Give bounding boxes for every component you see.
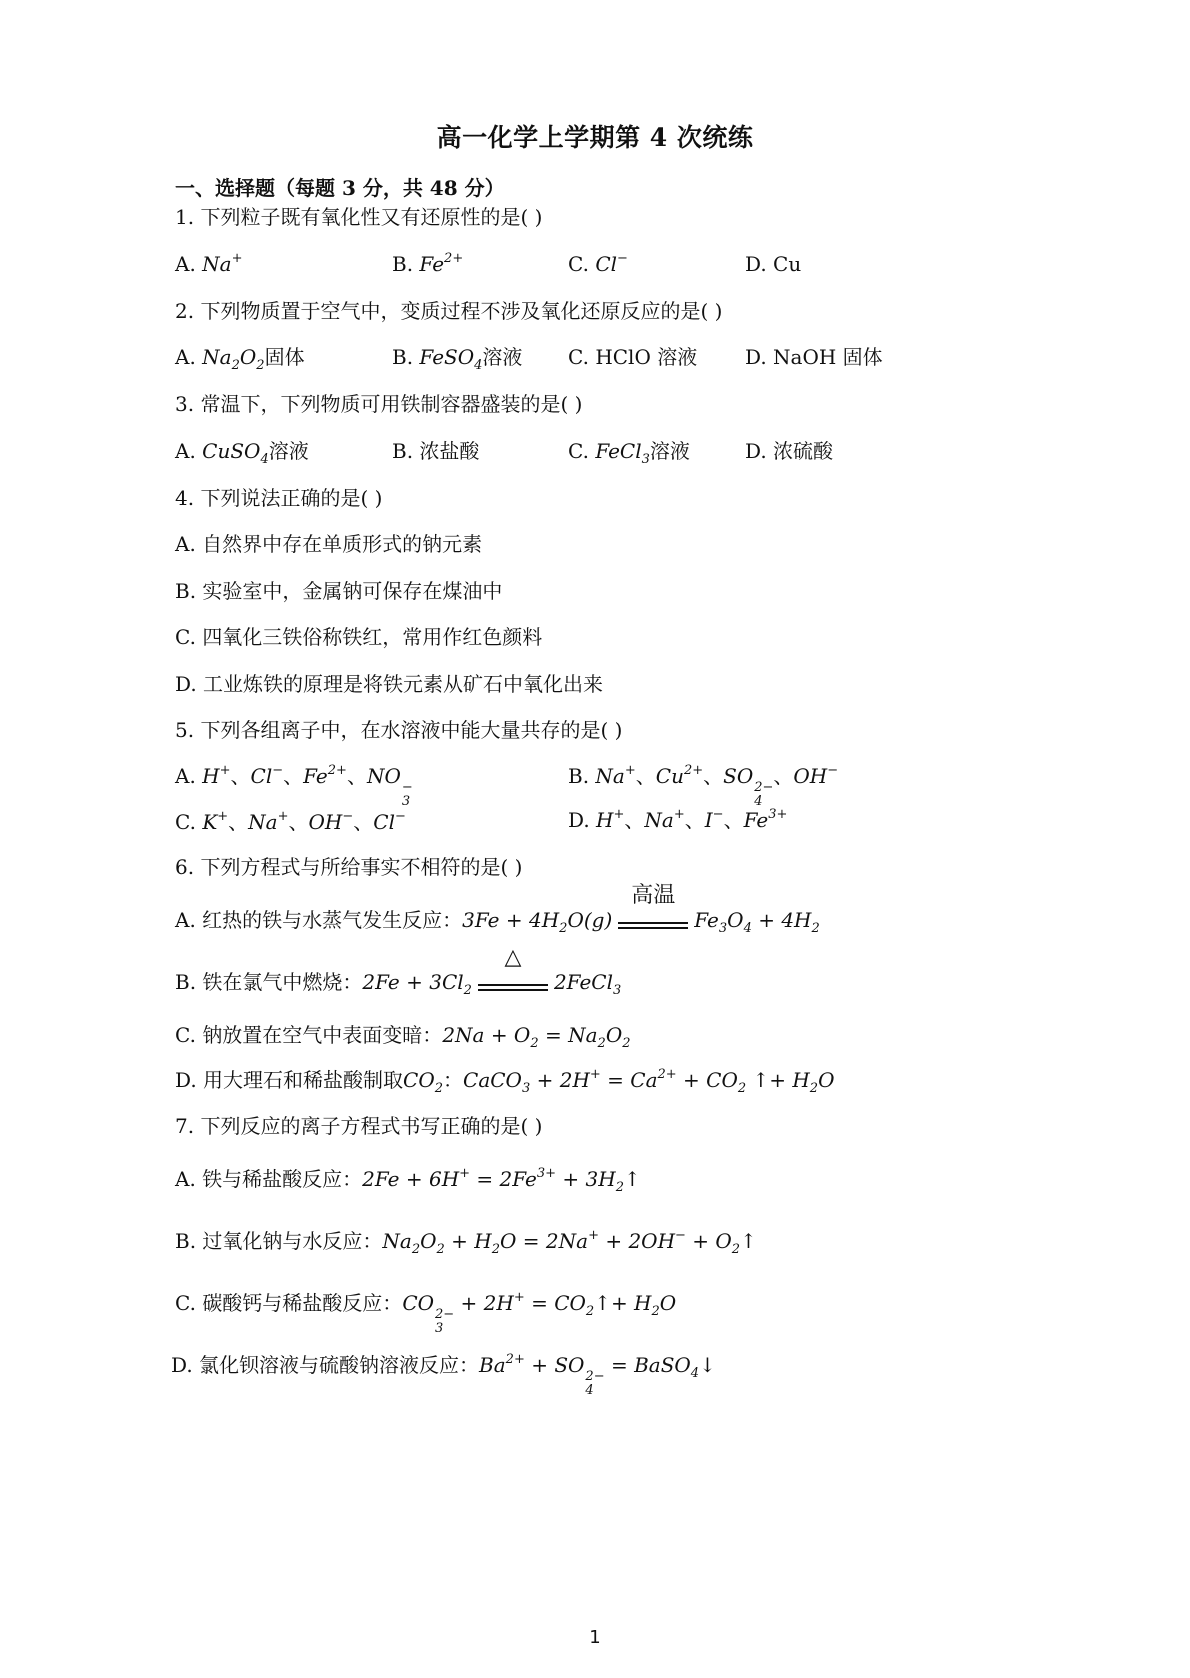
superscript: + <box>588 1228 599 1243</box>
option-text: 用大理石和稀盐酸制取 <box>203 1068 403 1092</box>
formula-text: Cl <box>373 810 395 834</box>
question-3-stem: 3. 常温下，下列物质可用铁制容器盛装的是( ) <box>175 390 582 418</box>
question-2-option-c[interactable]: C. HClO 溶液 <box>568 343 697 371</box>
formula-text: O <box>727 908 743 932</box>
sub-superscript: 2−4 <box>754 781 773 809</box>
formula-text: Na <box>595 764 624 788</box>
formula-text: O <box>240 345 256 369</box>
sub-superscript: 2−3 <box>435 1308 454 1336</box>
section-header-multiple-choice: 一、选择题（每题 3 分，共 48 分） <box>175 172 505 201</box>
option-label: C. <box>568 439 595 463</box>
formula-text: FeSO <box>419 345 474 369</box>
superscript: 3+ <box>537 1166 556 1181</box>
subscript: 2 <box>586 1304 594 1319</box>
option-text: 红热的铁与水蒸气发生反应： <box>202 908 462 932</box>
option-text: 溶液 <box>482 345 522 369</box>
formula-text: SO <box>723 764 753 788</box>
formula-text: = CO <box>525 1291 586 1315</box>
superscript: + <box>674 807 685 822</box>
option-text: 固体 <box>265 345 305 369</box>
option-text: 四氧化三铁俗称铁红，常用作红色颜料 <box>202 625 542 649</box>
superscript: + <box>590 1067 601 1082</box>
subscript: 2 <box>530 1036 538 1051</box>
formula-text: Cl <box>595 252 617 276</box>
formula-text: 2Na + O <box>442 1023 530 1047</box>
subscript: 3 <box>719 921 727 936</box>
document-title: 高一化学上学期第 4 次统练 <box>0 118 1190 154</box>
superscript: − <box>342 809 353 824</box>
subscript: 3 <box>522 1081 530 1096</box>
option-label: A. <box>175 764 202 788</box>
superscript: + <box>625 763 636 778</box>
superscript: + <box>217 809 228 824</box>
option-text: 铁与稀盐酸反应： <box>202 1167 362 1191</box>
subscript: 2 <box>232 358 240 373</box>
question-3-option-a[interactable]: A. CuSO4溶液 <box>175 437 309 465</box>
sub-superscript: 2−4 <box>585 1370 604 1398</box>
question-7-option-d[interactable]: D. 氯化钡溶液与硫酸钠溶液反应：Ba2+ + SO2−4 = BaSO4↓ <box>171 1351 716 1398</box>
option-text: Cu <box>773 252 801 276</box>
option-text: 、 <box>289 810 309 834</box>
question-5-option-a[interactable]: A. H+、Cl−、Fe2+、NO−3 <box>175 762 413 809</box>
option-text: 溶液 <box>650 439 690 463</box>
formula-text: Fe <box>694 908 719 932</box>
question-3-option-d[interactable]: D. 浓硫酸 <box>745 437 833 465</box>
option-label: D. <box>745 345 773 369</box>
question-1-option-b[interactable]: B. Fe2+ <box>392 250 463 278</box>
option-label: C. <box>175 810 202 834</box>
subscript: 2 <box>616 1180 624 1195</box>
option-text: 、 <box>685 808 705 832</box>
subscript: 2 <box>464 983 472 998</box>
reaction-condition-arrow: 高温 <box>618 908 688 936</box>
subscript: 2 <box>437 1242 445 1257</box>
formula-text: O(g) <box>567 908 612 932</box>
formula-text: ↑+ H <box>594 1291 651 1315</box>
subscript: 3 <box>642 452 650 467</box>
superscript: 2+ <box>684 763 703 778</box>
option-text: 、 <box>228 810 248 834</box>
formula-text: CaCO <box>463 1068 522 1092</box>
option-label: C. <box>175 1023 202 1047</box>
question-7-option-b[interactable]: B. 过氧化钠与水反应：Na2O2 + H2O = 2Na+ + 2OH− + … <box>175 1227 757 1255</box>
option-label: A. <box>175 345 202 369</box>
superscript: + <box>459 1166 470 1181</box>
subscript: 3 <box>613 983 621 998</box>
sub-superscript: −3 <box>402 781 413 809</box>
question-2-option-d[interactable]: D. NaOH 固体 <box>745 343 883 371</box>
superscript: + <box>232 251 243 266</box>
formula-text: NO <box>367 764 401 788</box>
superscript: 2+ <box>328 763 347 778</box>
subscript: 2 <box>492 1242 500 1257</box>
subscript: 4 <box>744 921 752 936</box>
formula-text: = 2Fe <box>470 1167 537 1191</box>
option-text: 、 <box>724 808 744 832</box>
formula-text: + 4H <box>752 908 812 932</box>
option-text: 浓硫酸 <box>773 439 833 463</box>
question-4-option-c[interactable]: C. 四氧化三铁俗称铁红，常用作红色颜料 <box>175 623 542 651</box>
reaction-condition-arrow: △ <box>478 970 548 998</box>
formula-text: CO <box>402 1291 434 1315</box>
superscript: − <box>617 251 628 266</box>
formula-text: + H <box>445 1229 492 1253</box>
formula-text: + 3H <box>556 1167 616 1191</box>
superscript: − <box>827 763 838 778</box>
question-3-option-c[interactable]: C. FeCl3溶液 <box>568 437 690 465</box>
reaction-condition-label: 高温 <box>618 882 688 910</box>
formula-text: Fe <box>419 252 444 276</box>
option-label: B. <box>175 970 202 994</box>
formula-text: Na <box>644 808 673 832</box>
question-4-option-b[interactable]: B. 实验室中，金属钠可保存在煤油中 <box>175 577 502 605</box>
option-text: 过氧化钠与水反应： <box>202 1229 382 1253</box>
option-text: 、 <box>347 764 367 788</box>
formula-text: O <box>606 1023 622 1047</box>
question-6-option-c[interactable]: C. 钠放置在空气中表面变暗：2Na + O2 = Na2O2 <box>175 1021 631 1049</box>
superscript: − <box>395 809 406 824</box>
option-label: D. <box>175 1068 203 1092</box>
formula-text: CuSO <box>202 439 260 463</box>
option-text: 、 <box>703 764 723 788</box>
question-2-stem: 2. 下列物质置于空气中，变质过程不涉及氧化还原反应的是( ) <box>175 297 722 325</box>
formula-text: FeCl <box>595 439 641 463</box>
formula-text: O = 2Na <box>500 1229 588 1253</box>
formula-text: Cl <box>251 764 273 788</box>
subscript: 2 <box>738 1081 746 1096</box>
superscript: + <box>514 1290 525 1305</box>
subscript: 4 <box>260 452 268 467</box>
formula-text: Ba <box>479 1353 506 1377</box>
option-label: A. <box>175 252 202 276</box>
subscript: 2 <box>435 1081 443 1096</box>
question-6-stem: 6. 下列方程式与所给事实不相符的是( ) <box>175 853 522 881</box>
option-label: B. <box>568 764 595 788</box>
option-text: NaOH 固体 <box>773 345 883 369</box>
question-7-stem: 7. 下列反应的离子方程式书写正确的是( ) <box>175 1112 542 1140</box>
question-7-option-c[interactable]: C. 碳酸钙与稀盐酸反应：CO2−3 + 2H+ = CO2↑+ H2O <box>175 1289 676 1336</box>
subscript: 2 <box>652 1304 660 1319</box>
reaction-condition-label: △ <box>478 944 548 972</box>
option-label: D. <box>568 808 596 832</box>
option-text: HClO 溶液 <box>595 345 697 369</box>
subscript: 2 <box>256 358 264 373</box>
option-label: B. <box>392 345 419 369</box>
option-label: C. <box>175 625 202 649</box>
option-label: C. <box>568 345 595 369</box>
formula-text: OH <box>309 810 343 834</box>
option-text: 、 <box>636 764 656 788</box>
option-label: B. <box>175 1229 202 1253</box>
question-2-option-a[interactable]: A. Na2O2固体 <box>175 343 305 371</box>
formula-text: Fe <box>303 764 328 788</box>
option-text: 自然界中存在单质形式的钠元素 <box>202 532 482 556</box>
question-6-option-a[interactable]: A. 红热的铁与水蒸气发生反应：3Fe + 4H2O(g)高温Fe3O4 + 4… <box>175 906 820 936</box>
formula-text: Cu <box>656 764 684 788</box>
option-text: 碳酸钙与稀盐酸反应： <box>202 1291 402 1315</box>
option-label: D. <box>175 672 203 696</box>
option-label: C. <box>568 252 595 276</box>
question-1-option-d[interactable]: D. Cu <box>745 250 801 278</box>
option-label: D. <box>745 252 773 276</box>
option-label: A. <box>175 532 202 556</box>
question-6-option-d[interactable]: D. 用大理石和稀盐酸制取CO2：CaCO3 + 2H+ = Ca2+ + CO… <box>175 1066 834 1094</box>
subscript: 2 <box>622 1036 630 1051</box>
option-label: D. <box>745 439 773 463</box>
formula-text: Na <box>382 1229 411 1253</box>
formula-text: + 2H <box>530 1068 590 1092</box>
superscript: − <box>675 1228 686 1243</box>
option-text: 铁在氯气中燃烧： <box>202 970 362 994</box>
option-text: 、 <box>231 764 251 788</box>
option-text: 、 <box>773 764 793 788</box>
question-1-stem: 1. 下列粒子既有氧化性又有还原性的是( ) <box>175 203 542 231</box>
formula-text: = Na <box>539 1023 598 1047</box>
formula-text: O <box>420 1229 436 1253</box>
subscript: 2 <box>598 1036 606 1051</box>
question-4-option-d[interactable]: D. 工业炼铁的原理是将铁元素从矿石中氧化出来 <box>175 670 603 698</box>
formula-text: O <box>818 1068 834 1092</box>
option-label: A. <box>175 908 202 932</box>
question-2-option-b[interactable]: B. FeSO4溶液 <box>392 343 522 371</box>
exam-page: 高一化学上学期第 4 次统练 一、选择题（每题 3 分，共 48 分） 1. 下… <box>0 0 1190 1678</box>
formula-text: = BaSO <box>605 1353 691 1377</box>
formula-text: + 2OH <box>599 1229 675 1253</box>
superscript: + <box>278 809 289 824</box>
formula-text: = Ca <box>601 1068 658 1092</box>
option-label: A. <box>175 1167 202 1191</box>
formula-text: 2FeCl <box>554 970 613 994</box>
superscript: − <box>272 763 283 778</box>
superscript: − <box>713 807 724 822</box>
option-text: 氯化钡溶液与硫酸钠溶液反应： <box>199 1353 479 1377</box>
question-4-stem: 4. 下列说法正确的是( ) <box>175 484 382 512</box>
formula-text: H <box>202 764 219 788</box>
option-text: 、 <box>624 808 644 832</box>
formula-text: K <box>202 810 217 834</box>
option-text: 工业炼铁的原理是将铁元素从矿石中氧化出来 <box>203 672 603 696</box>
option-text: 实验室中，金属钠可保存在煤油中 <box>202 579 502 603</box>
option-text: ↑ <box>624 1167 641 1191</box>
formula-text: Fe <box>744 808 769 832</box>
superscript: 3+ <box>768 807 787 822</box>
formula-text: 2Fe + 6H <box>362 1167 459 1191</box>
formula-text: ↑+ H <box>746 1068 810 1092</box>
option-label: C. <box>175 1291 202 1315</box>
subscript: 2 <box>732 1242 740 1257</box>
option-text: 溶液 <box>269 439 309 463</box>
subscript: 4 <box>691 1366 699 1381</box>
option-label: B. <box>392 252 419 276</box>
formula-text: + O <box>686 1229 732 1253</box>
option-text: 、 <box>283 764 303 788</box>
formula-text: O <box>660 1291 676 1315</box>
subscript: 2 <box>412 1242 420 1257</box>
formula-text: OH <box>793 764 827 788</box>
formula-text: CO <box>403 1068 435 1092</box>
formula-text: Na <box>248 810 277 834</box>
question-6-option-b[interactable]: B. 铁在氯气中燃烧：2Fe + 3Cl2△2FeCl3 <box>175 968 621 998</box>
formula-text: + CO <box>677 1068 738 1092</box>
option-text: 、 <box>353 810 373 834</box>
page-number: 1 <box>0 1627 1190 1648</box>
formula-text: 3Fe + 4H <box>462 908 559 932</box>
formula-text: + SO <box>525 1353 585 1377</box>
formula-text: H <box>596 808 613 832</box>
option-text: ↑ <box>740 1229 757 1253</box>
option-label: A. <box>175 439 202 463</box>
option-label: B. <box>175 579 202 603</box>
subscript: 2 <box>811 921 819 936</box>
formula-text: I <box>705 808 713 832</box>
subscript: 2 <box>810 1081 818 1096</box>
question-1-option-c[interactable]: C. Cl− <box>568 250 628 278</box>
question-5-option-d[interactable]: D. H+、Na+、I−、Fe3+ <box>568 806 787 834</box>
superscript: + <box>614 807 625 822</box>
question-5-option-c[interactable]: C. K+、Na+、OH−、Cl− <box>175 808 406 836</box>
formula-text: Na <box>202 345 231 369</box>
question-7-option-a[interactable]: A. 铁与稀盐酸反应：2Fe + 6H+ = 2Fe3+ + 3H2↑ <box>175 1165 641 1193</box>
formula-text: Na <box>202 252 231 276</box>
option-text: ↓ <box>699 1353 716 1377</box>
option-label: D. <box>171 1353 199 1377</box>
option-text: ： <box>443 1068 463 1092</box>
question-5-option-b[interactable]: B. Na+、Cu2+、SO2−4、OH− <box>568 762 838 809</box>
question-5-stem: 5. 下列各组离子中，在水溶液中能大量共存的是( ) <box>175 716 622 744</box>
question-1-option-a[interactable]: A. Na+ <box>175 250 243 278</box>
question-4-option-a[interactable]: A. 自然界中存在单质形式的钠元素 <box>175 530 482 558</box>
superscript: + <box>220 763 231 778</box>
question-3-option-b[interactable]: B. 浓盐酸 <box>392 437 479 465</box>
superscript: 2+ <box>658 1067 677 1082</box>
formula-text: 2Fe + 3Cl <box>362 970 463 994</box>
superscript: 2+ <box>444 251 463 266</box>
formula-text: + 2H <box>454 1291 514 1315</box>
option-label: B. <box>392 439 419 463</box>
option-text: 钠放置在空气中表面变暗： <box>202 1023 442 1047</box>
option-text: 浓盐酸 <box>419 439 479 463</box>
superscript: 2+ <box>506 1352 525 1367</box>
